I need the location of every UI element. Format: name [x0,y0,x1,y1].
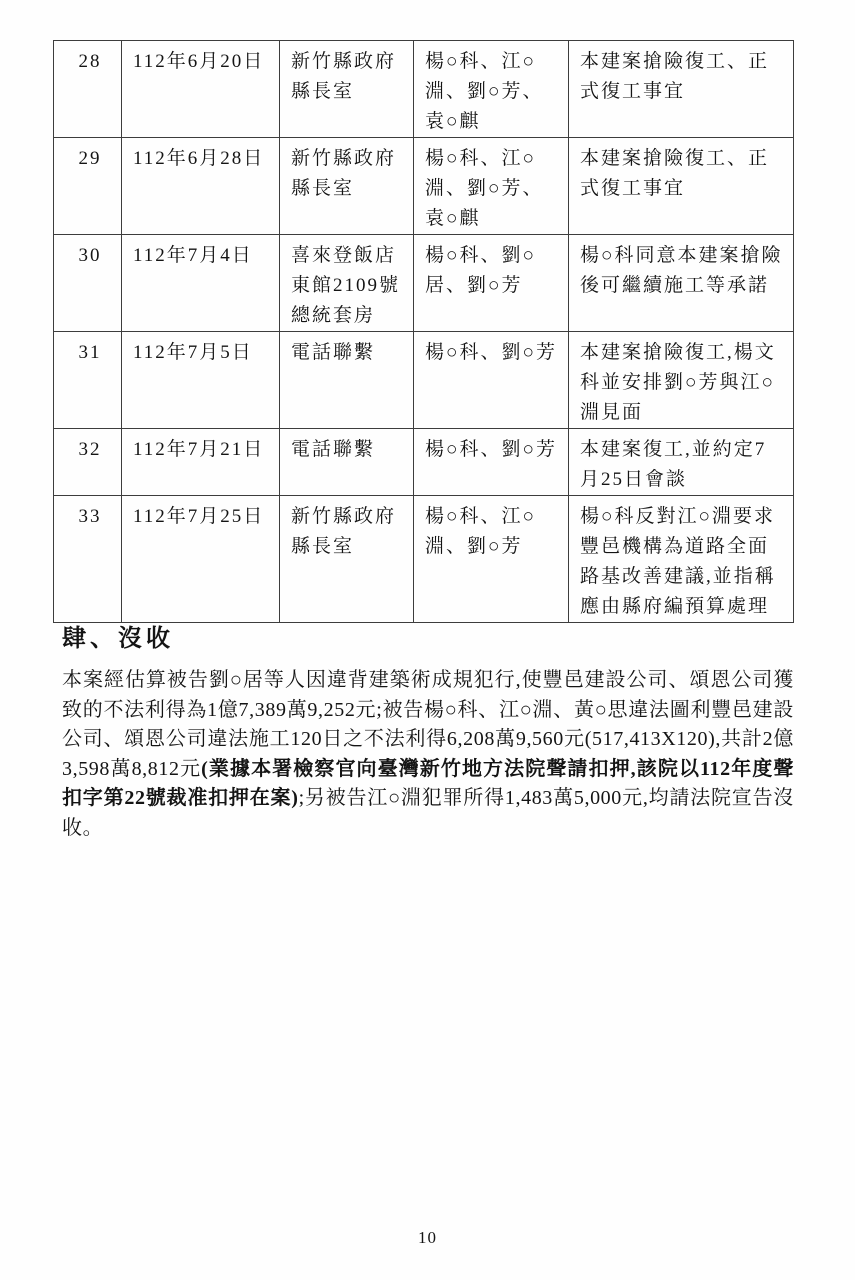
location-cell: 電話聯繫 [280,332,414,429]
attendees-cell: 楊○科、江○淵、劉○芳、袁○麒 [414,138,569,235]
location-cell: 新竹縣政府縣長室 [280,41,414,138]
date-cell: 112年7月4日 [122,235,280,332]
table-row: 28 112年6月20日 新竹縣政府縣長室 楊○科、江○淵、劉○芳、袁○麒 本建… [54,41,794,138]
attendees-cell: 楊○科、劉○居、劉○芳 [414,235,569,332]
meeting-table: 28 112年6月20日 新竹縣政府縣長室 楊○科、江○淵、劉○芳、袁○麒 本建… [53,40,794,623]
row-number-cell: 33 [54,496,122,623]
table-row: 32 112年7月21日 電話聯繫 楊○科、劉○芳 本建案復工,並約定7月25日… [54,429,794,496]
page-number: 10 [0,1228,855,1248]
location-cell: 喜來登飯店東館2109號總統套房 [280,235,414,332]
date-cell: 112年7月21日 [122,429,280,496]
row-number-cell: 28 [54,41,122,138]
date-cell: 112年7月25日 [122,496,280,623]
table-row: 33 112年7月25日 新竹縣政府縣長室 楊○科、江○淵、劉○芳 楊○科反對江… [54,496,794,623]
table-row: 30 112年7月4日 喜來登飯店東館2109號總統套房 楊○科、劉○居、劉○芳… [54,235,794,332]
row-number-cell: 32 [54,429,122,496]
subject-cell: 本建案復工,並約定7月25日會談 [569,429,794,496]
date-cell: 112年7月5日 [122,332,280,429]
subject-cell: 楊○科同意本建案搶險後可繼續施工等承諾 [569,235,794,332]
table-row: 29 112年6月28日 新竹縣政府縣長室 楊○科、江○淵、劉○芳、袁○麒 本建… [54,138,794,235]
subject-cell: 本建案搶險復工,楊文科並安排劉○芳與江○淵見面 [569,332,794,429]
row-number-cell: 29 [54,138,122,235]
date-cell: 112年6月20日 [122,41,280,138]
date-cell: 112年6月28日 [122,138,280,235]
confiscation-paragraph: 本案經估算被告劉○居等人因違背建築術成規犯行,使豐邑建設公司、頌恩公司獲致的不法… [62,666,794,843]
table-row: 31 112年7月5日 電話聯繫 楊○科、劉○芳 本建案搶險復工,楊文科並安排劉… [54,332,794,429]
attendees-cell: 楊○科、江○淵、劉○芳、袁○麒 [414,41,569,138]
attendees-cell: 楊○科、劉○芳 [414,429,569,496]
subject-cell: 本建案搶險復工、正式復工事宜 [569,138,794,235]
row-number-cell: 31 [54,332,122,429]
attendees-cell: 楊○科、劉○芳 [414,332,569,429]
document-page: 28 112年6月20日 新竹縣政府縣長室 楊○科、江○淵、劉○芳、袁○麒 本建… [0,0,855,1280]
subject-cell: 本建案搶險復工、正式復工事宜 [569,41,794,138]
subject-cell: 楊○科反對江○淵要求豐邑機構為道路全面路基改善建議,並指稱應由縣府編預算處理 [569,496,794,623]
location-cell: 電話聯繫 [280,429,414,496]
row-number-cell: 30 [54,235,122,332]
section-heading: 肆、沒收 [62,618,174,653]
attendees-cell: 楊○科、江○淵、劉○芳 [414,496,569,623]
location-cell: 新竹縣政府縣長室 [280,496,414,623]
location-cell: 新竹縣政府縣長室 [280,138,414,235]
